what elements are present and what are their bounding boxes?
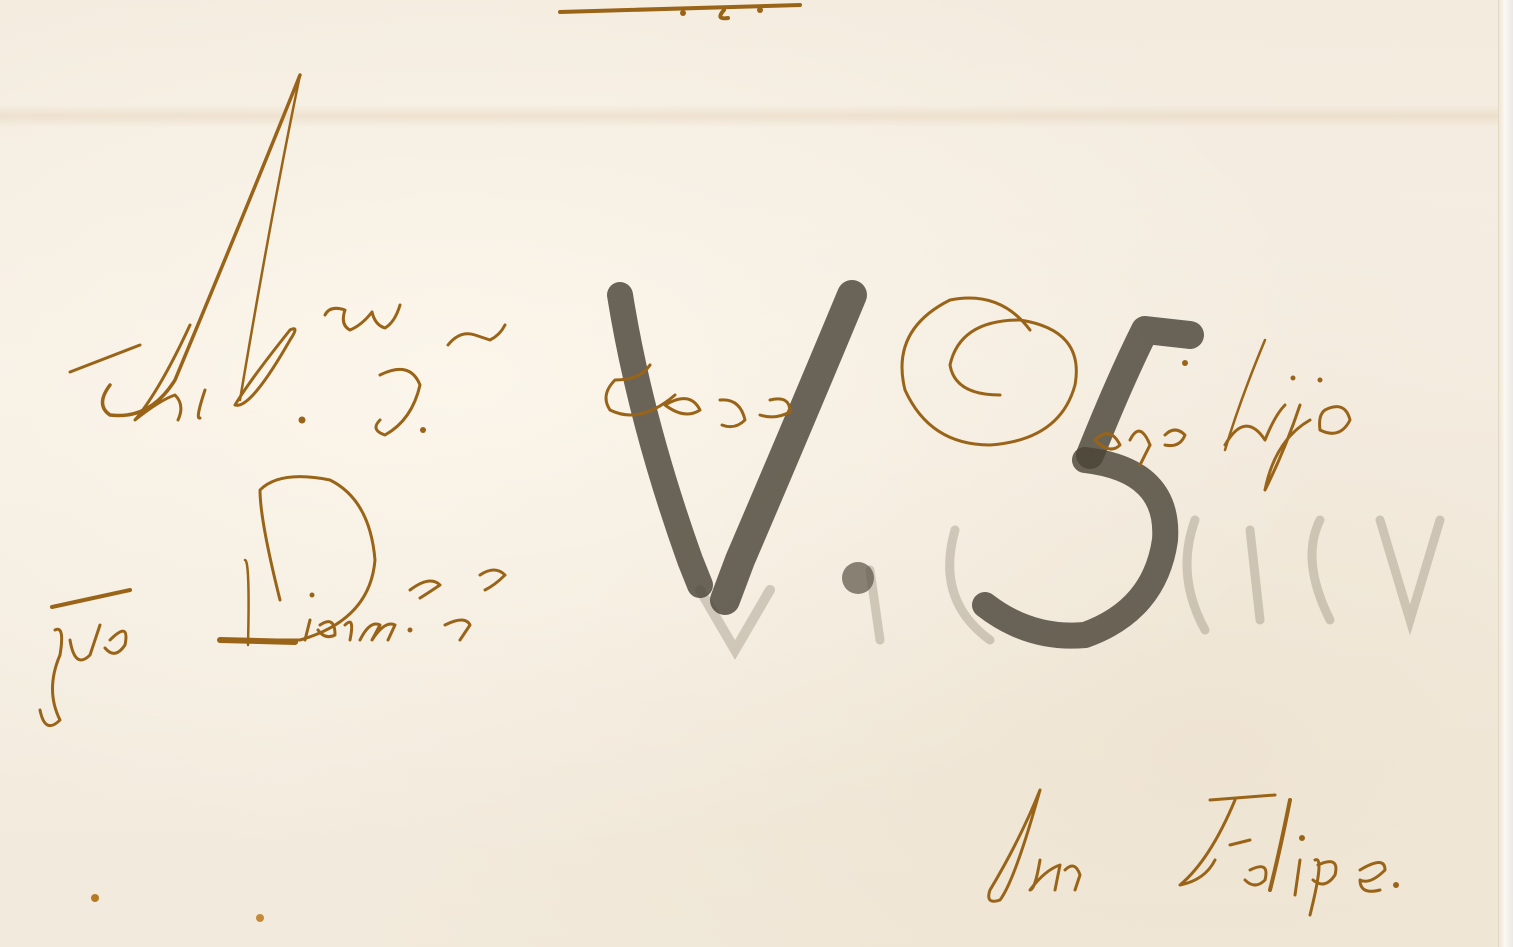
ink-spot bbox=[91, 894, 99, 902]
handwriting-que bbox=[40, 590, 130, 726]
handwriting-ms-as bbox=[360, 570, 505, 640]
handwriting-don-jose bbox=[376, 325, 790, 435]
ink-spot bbox=[256, 914, 264, 922]
handwriting-casas-e-hijo bbox=[902, 298, 1350, 490]
handwriting-dios bbox=[220, 477, 375, 645]
handwriting-senores bbox=[235, 305, 400, 424]
handwriting-a-los bbox=[70, 75, 300, 420]
handwriting-san-felipe bbox=[989, 790, 1399, 915]
top-underline-stroke bbox=[560, 5, 800, 12]
handwriting bbox=[0, 0, 1513, 947]
letter-paper: —.t. A los S.res D.n José Casas, é hijo … bbox=[0, 0, 1513, 947]
